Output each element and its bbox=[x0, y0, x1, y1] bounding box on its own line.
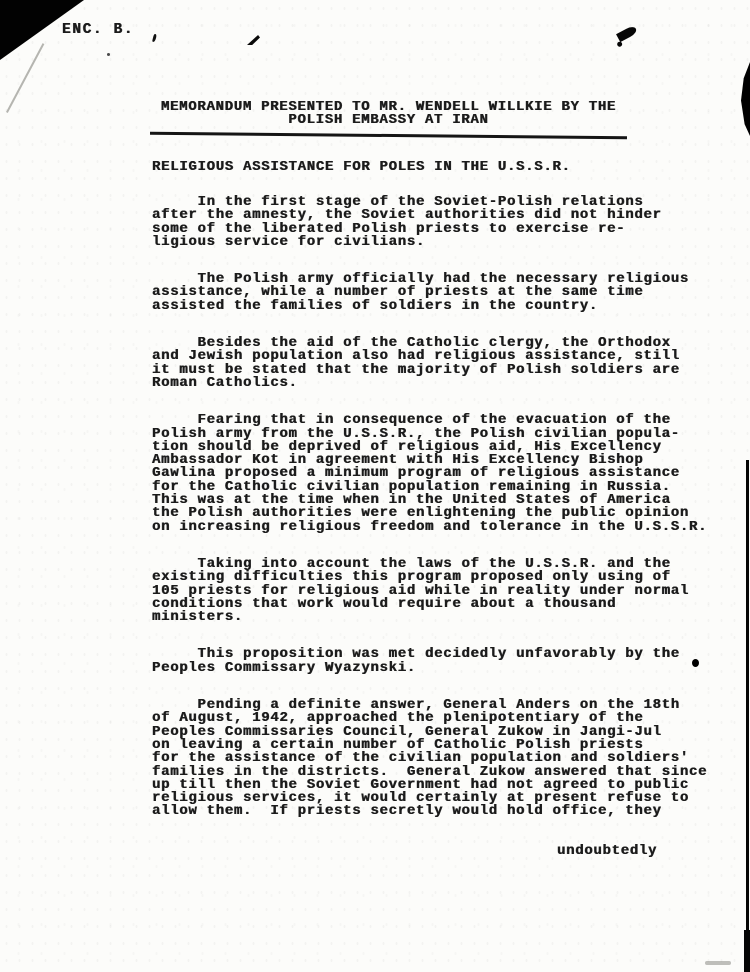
title-underline-rule bbox=[150, 132, 627, 140]
paragraph-3: Besides the aid of the Catholic clergy, … bbox=[152, 337, 750, 390]
ink-flick-artifact bbox=[247, 35, 260, 45]
paragraph-6: This proposition was met decidedly unfav… bbox=[152, 648, 750, 675]
scan-corner-fringe-artifact bbox=[6, 43, 44, 113]
ink-flick-artifact bbox=[616, 25, 638, 42]
enclosure-label: ENC. B. bbox=[62, 24, 134, 37]
memo-title: MEMORANDUM PRESENTED TO MR. WENDELL WILL… bbox=[152, 101, 625, 128]
paragraph-1: In the first stage of the Soviet-Polish … bbox=[152, 196, 750, 249]
paragraph-2: The Polish army officially had the neces… bbox=[152, 273, 750, 313]
memo-title-line2: POLISH EMBASSY AT IRAN bbox=[152, 114, 625, 127]
document-body: In the first stage of the Soviet-Polish … bbox=[152, 196, 750, 858]
ink-speck-artifact bbox=[107, 53, 110, 56]
ink-dot-artifact bbox=[692, 659, 699, 667]
ink-speck-artifact bbox=[152, 34, 157, 42]
section-heading: RELIGIOUS ASSISTANCE FOR POLES IN THE U.… bbox=[152, 161, 571, 174]
paragraph-4: Fearing that in consequence of the evacu… bbox=[152, 414, 750, 534]
catchword: undoubtedly bbox=[152, 845, 750, 858]
paragraph-7: Pending a definite answer, General Ander… bbox=[152, 699, 750, 819]
scan-edge-blob-artifact bbox=[741, 62, 750, 136]
scanned-memorandum-page: ENC. B. MEMORANDUM PRESENTED TO MR. WEND… bbox=[0, 0, 750, 972]
scan-edge-line-artifact bbox=[746, 460, 749, 972]
scan-smudge-artifact bbox=[705, 961, 731, 965]
paragraph-5: Taking into account the laws of the U.S.… bbox=[152, 558, 750, 624]
